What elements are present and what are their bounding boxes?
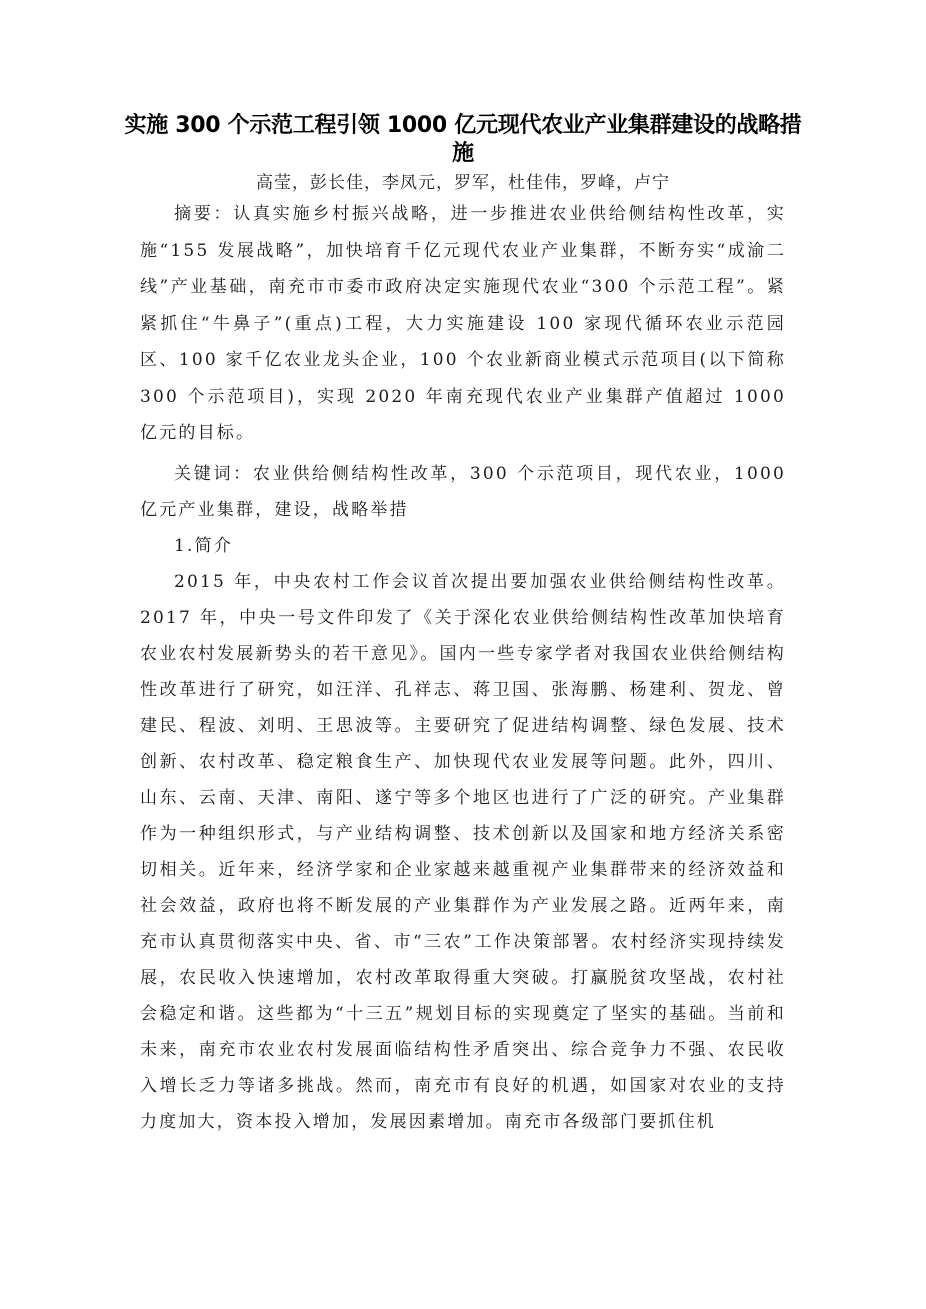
paper-title: 实施 300 个示范工程引领 1000 亿元现代农业产业集群建设的战略措施 bbox=[116, 112, 810, 168]
section-heading-introduction: 1.简介 bbox=[140, 528, 786, 564]
document-page: 实施 300 个示范工程引领 1000 亿元现代农业产业集群建设的战略措施 高莹… bbox=[140, 112, 786, 1140]
author-list: 高莹，彭长佳，李凤元，罗军，杜佳伟，罗峰，卢宁 bbox=[140, 170, 786, 196]
introduction-paragraph: 2015 年，中央农村工作会议首次提出要加强农业供给侧结构性改革。2017 年，… bbox=[140, 564, 786, 1140]
keywords-paragraph: 关键词：农业供给侧结构性改革，300 个示范项目，现代农业，1000 亿元产业集… bbox=[140, 456, 786, 528]
abstract-paragraph: 摘要：认真实施乡村振兴战略，进一步推进农业供给侧结构性改革，实施“155 发展战… bbox=[140, 196, 786, 452]
